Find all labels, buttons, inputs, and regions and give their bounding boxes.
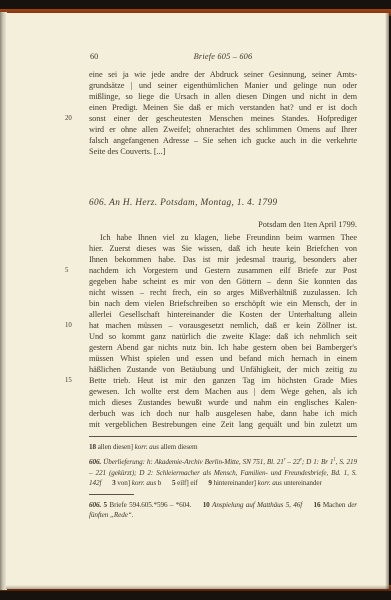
line-text: mit vergeblichen Bestrebungen eine Zeit … [89, 420, 357, 429]
line-text: sonst einer der gescheutesten Menschen m… [89, 114, 357, 123]
line-text: mißlinge, so liege die Ursach in allen d… [89, 92, 357, 101]
line-text: wird er ohne allen Zweifel; ohnerachtet … [89, 125, 357, 134]
letter-606-heading: 606. An H. Herz. Potsdam, Montag, 1. 4. … [89, 198, 357, 208]
textual-variant-note: 18 allen diesen] korr. aus allem diesem [89, 442, 357, 452]
footnote-entry: 606. 5 Briefe 594.605.*596 – *604. [89, 501, 191, 509]
line-text: hat machen müssen – vorausgesetzt nemlic… [89, 321, 357, 330]
line-number: 15 [65, 377, 83, 384]
page-header: 60 Briefe 605 – 606 [89, 52, 357, 64]
text-line: einen Predigt. Meinen Sie daß er mich ve… [89, 103, 357, 114]
footnote-segment: hintereinander] [214, 479, 258, 487]
commentary-separator-rule [89, 494, 134, 495]
text-line: gegeben habe scheint es mir von den Gött… [89, 277, 357, 288]
footnote-entry: 9 hintereinander] korr. aus untereinande… [208, 479, 322, 487]
line-text: müssen Whist spielen und essen und befan… [89, 354, 357, 363]
line-text: nachdem ich Vorgestern und Gestern zusam… [89, 266, 357, 275]
line-text: gegeben habe scheint es mir von den Gött… [89, 277, 357, 286]
text-line: 5nachdem ich Vorgestern und Gestern zusa… [89, 266, 357, 277]
text-line: hier. Zuerst dieses was Sie wissen, daß … [89, 244, 357, 255]
text-line: falsch angefangenen Adresse – Sie sehen … [89, 136, 357, 147]
page-right-shadow [385, 13, 389, 589]
text-line: gewesen. Ich wollte erst dem Machen aus … [89, 387, 357, 398]
text-line: 10hat machen müssen – vorausgesetzt neml… [89, 321, 357, 332]
footnote-segment: – 22 [285, 458, 299, 466]
letter-605-text: eine sei ja wie jede andre der Abdruck s… [89, 70, 357, 158]
letter-606-text: Ich habe Ihnen viel zu klagen, liebe Fre… [89, 233, 357, 431]
photo-background-bottom [0, 591, 391, 600]
footnote-segment: ; D 1: Br 1 [302, 458, 334, 466]
footnote-entry: 5 eilf] eif [172, 479, 198, 487]
text-line: allerlei Gesellschaft hintereinander die… [89, 310, 357, 321]
line-text: bin nach dem vielen Briefschreiben so er… [89, 299, 357, 308]
photo-background-top [0, 0, 391, 9]
text-line: mich dieses Zustandes bewußt wurde und n… [89, 398, 357, 409]
footnote-segment: Briefe 594.605.*596 – *604. [109, 501, 191, 509]
footnote-segment: korr. aus [258, 479, 282, 487]
footnote-segment: 18 [89, 443, 98, 451]
text-line: nicht wissen – recht frech, ein so arges… [89, 288, 357, 299]
text-line: mißlinge, so liege die Ursach in allen d… [89, 92, 357, 103]
text-line: eine sei ja wie jede andre der Abdruck s… [89, 70, 357, 81]
text-line: gestern Abend gar nichts nutz bin. Ich h… [89, 343, 357, 354]
footnote-segment: Anspielung auf Matthäus 5, 46f [212, 501, 302, 509]
line-text: gewesen. Ich wollte erst dem Machen aus … [89, 387, 357, 396]
line-text: eine sei ja wie jede andre der Abdruck s… [89, 70, 357, 79]
text-line: mit vergeblichen Bestrebungen eine Zeit … [89, 420, 357, 431]
line-text: einen Predigt. Meinen Sie daß er mich ve… [89, 103, 357, 112]
text-line: bin nach dem vielen Briefschreiben so er… [89, 299, 357, 310]
line-text: Und so kommt ganz natürlich die zweite K… [89, 332, 357, 341]
line-text: Ich habe Ihnen viel zu klagen, liebe Fre… [89, 233, 357, 242]
line-text: Bette trieb. Heut ist mir den ganzen Tag… [89, 376, 357, 385]
line-number: 20 [65, 115, 83, 122]
line-text: hier. Zuerst dieses was Sie wissen, daß … [89, 244, 357, 253]
text-line: 15Bette trieb. Heut ist mir den ganzen T… [89, 376, 357, 387]
line-text: gestern Abend gar nichts nutz bin. Ich h… [89, 343, 357, 352]
footnote-entry: 3 von] korr. aus b [112, 479, 161, 487]
text-line: wird er ohne allen Zweifel; ohnerachtet … [89, 125, 357, 136]
footnote-entry: 18 allen diesen] korr. aus allem diesem [89, 443, 198, 451]
line-text: häßlichen Zustande von Betäubung und Unf… [89, 365, 357, 374]
footnote-segment: 10 [203, 501, 212, 509]
footnote-segment: korr. aus [135, 443, 159, 451]
text-line: derbuch was ich doch nur halb ausgelesen… [89, 409, 357, 420]
text-line: Seite des Couverts. [...] [89, 147, 357, 158]
running-title: Briefe 605 – 606 [89, 52, 357, 61]
text-line: müssen Whist spielen und essen und befan… [89, 354, 357, 365]
footnote-area: 18 allen diesen] korr. aus allem diesem … [89, 436, 357, 520]
footnote-segment: Überlieferung: h: Akademie-Archiv Berlin… [103, 458, 284, 466]
line-text: Ihnen bekommen habe. Das ist mir jedesma… [89, 255, 357, 264]
footnote-segment: 16 [313, 501, 322, 509]
footnote-segment: 606. [89, 501, 104, 509]
footnote-entry: 10 Anspielung auf Matthäus 5, 46f [203, 501, 302, 509]
footnote-segment: 606. [89, 458, 103, 466]
footnote-segment: allem diesem [159, 443, 198, 451]
text-line: häßlichen Zustande von Betäubung und Unf… [89, 365, 357, 376]
line-text: mich dieses Zustandes bewußt wurde und n… [89, 398, 357, 407]
line-number: 5 [65, 267, 83, 274]
footnote-segment: allen diesen] [98, 443, 135, 451]
text-line: grundsätze | und seiner eigenthümlichen … [89, 81, 357, 92]
book-photo-frame: 60 Briefe 605 – 606 eine sei ja wie jede… [0, 0, 391, 600]
text-line: Ich habe Ihnen viel zu klagen, liebe Fre… [89, 233, 357, 244]
footnote-separator-rule [89, 436, 357, 437]
footnote-segment: b [156, 479, 161, 487]
line-text: nicht wissen – recht frech, ein so arges… [89, 288, 357, 297]
line-text: grundsätze | und seiner eigenthümlichen … [89, 81, 357, 90]
book-page: 60 Briefe 605 – 606 eine sei ja wie jede… [6, 13, 389, 589]
page-bottom-shadow [6, 585, 389, 589]
footnote-segment: korr. aus [132, 479, 156, 487]
footnote-segment: Machen [323, 501, 348, 509]
text-line: 20sonst einer der gescheutesten Menschen… [89, 114, 357, 125]
text-line: Und so kommt ganz natürlich die zweite K… [89, 332, 357, 343]
letter-606-dateline: Potsdam den 1ten April 1799. [89, 220, 357, 229]
footnote-segment: eilf] eif [177, 479, 197, 487]
commentary-block: 606. 5 Briefe 594.605.*596 – *604. 10 An… [89, 500, 357, 521]
line-text: allerlei Gesellschaft hintereinander die… [89, 310, 357, 319]
footnote-segment: von] [117, 479, 131, 487]
footnote-segment: untereinander [282, 479, 322, 487]
line-number: 10 [65, 322, 83, 329]
line-text: derbuch was ich doch nur halb ausgelesen… [89, 409, 357, 418]
apparatus-block: 606. Überlieferung: h: Akademie-Archiv B… [89, 457, 357, 488]
line-text: Seite des Couverts. [...] [89, 147, 165, 156]
line-text: falsch angefangenen Adresse – Sie sehen … [89, 136, 357, 145]
text-line: Ihnen bekommen habe. Das ist mir jedesma… [89, 255, 357, 266]
